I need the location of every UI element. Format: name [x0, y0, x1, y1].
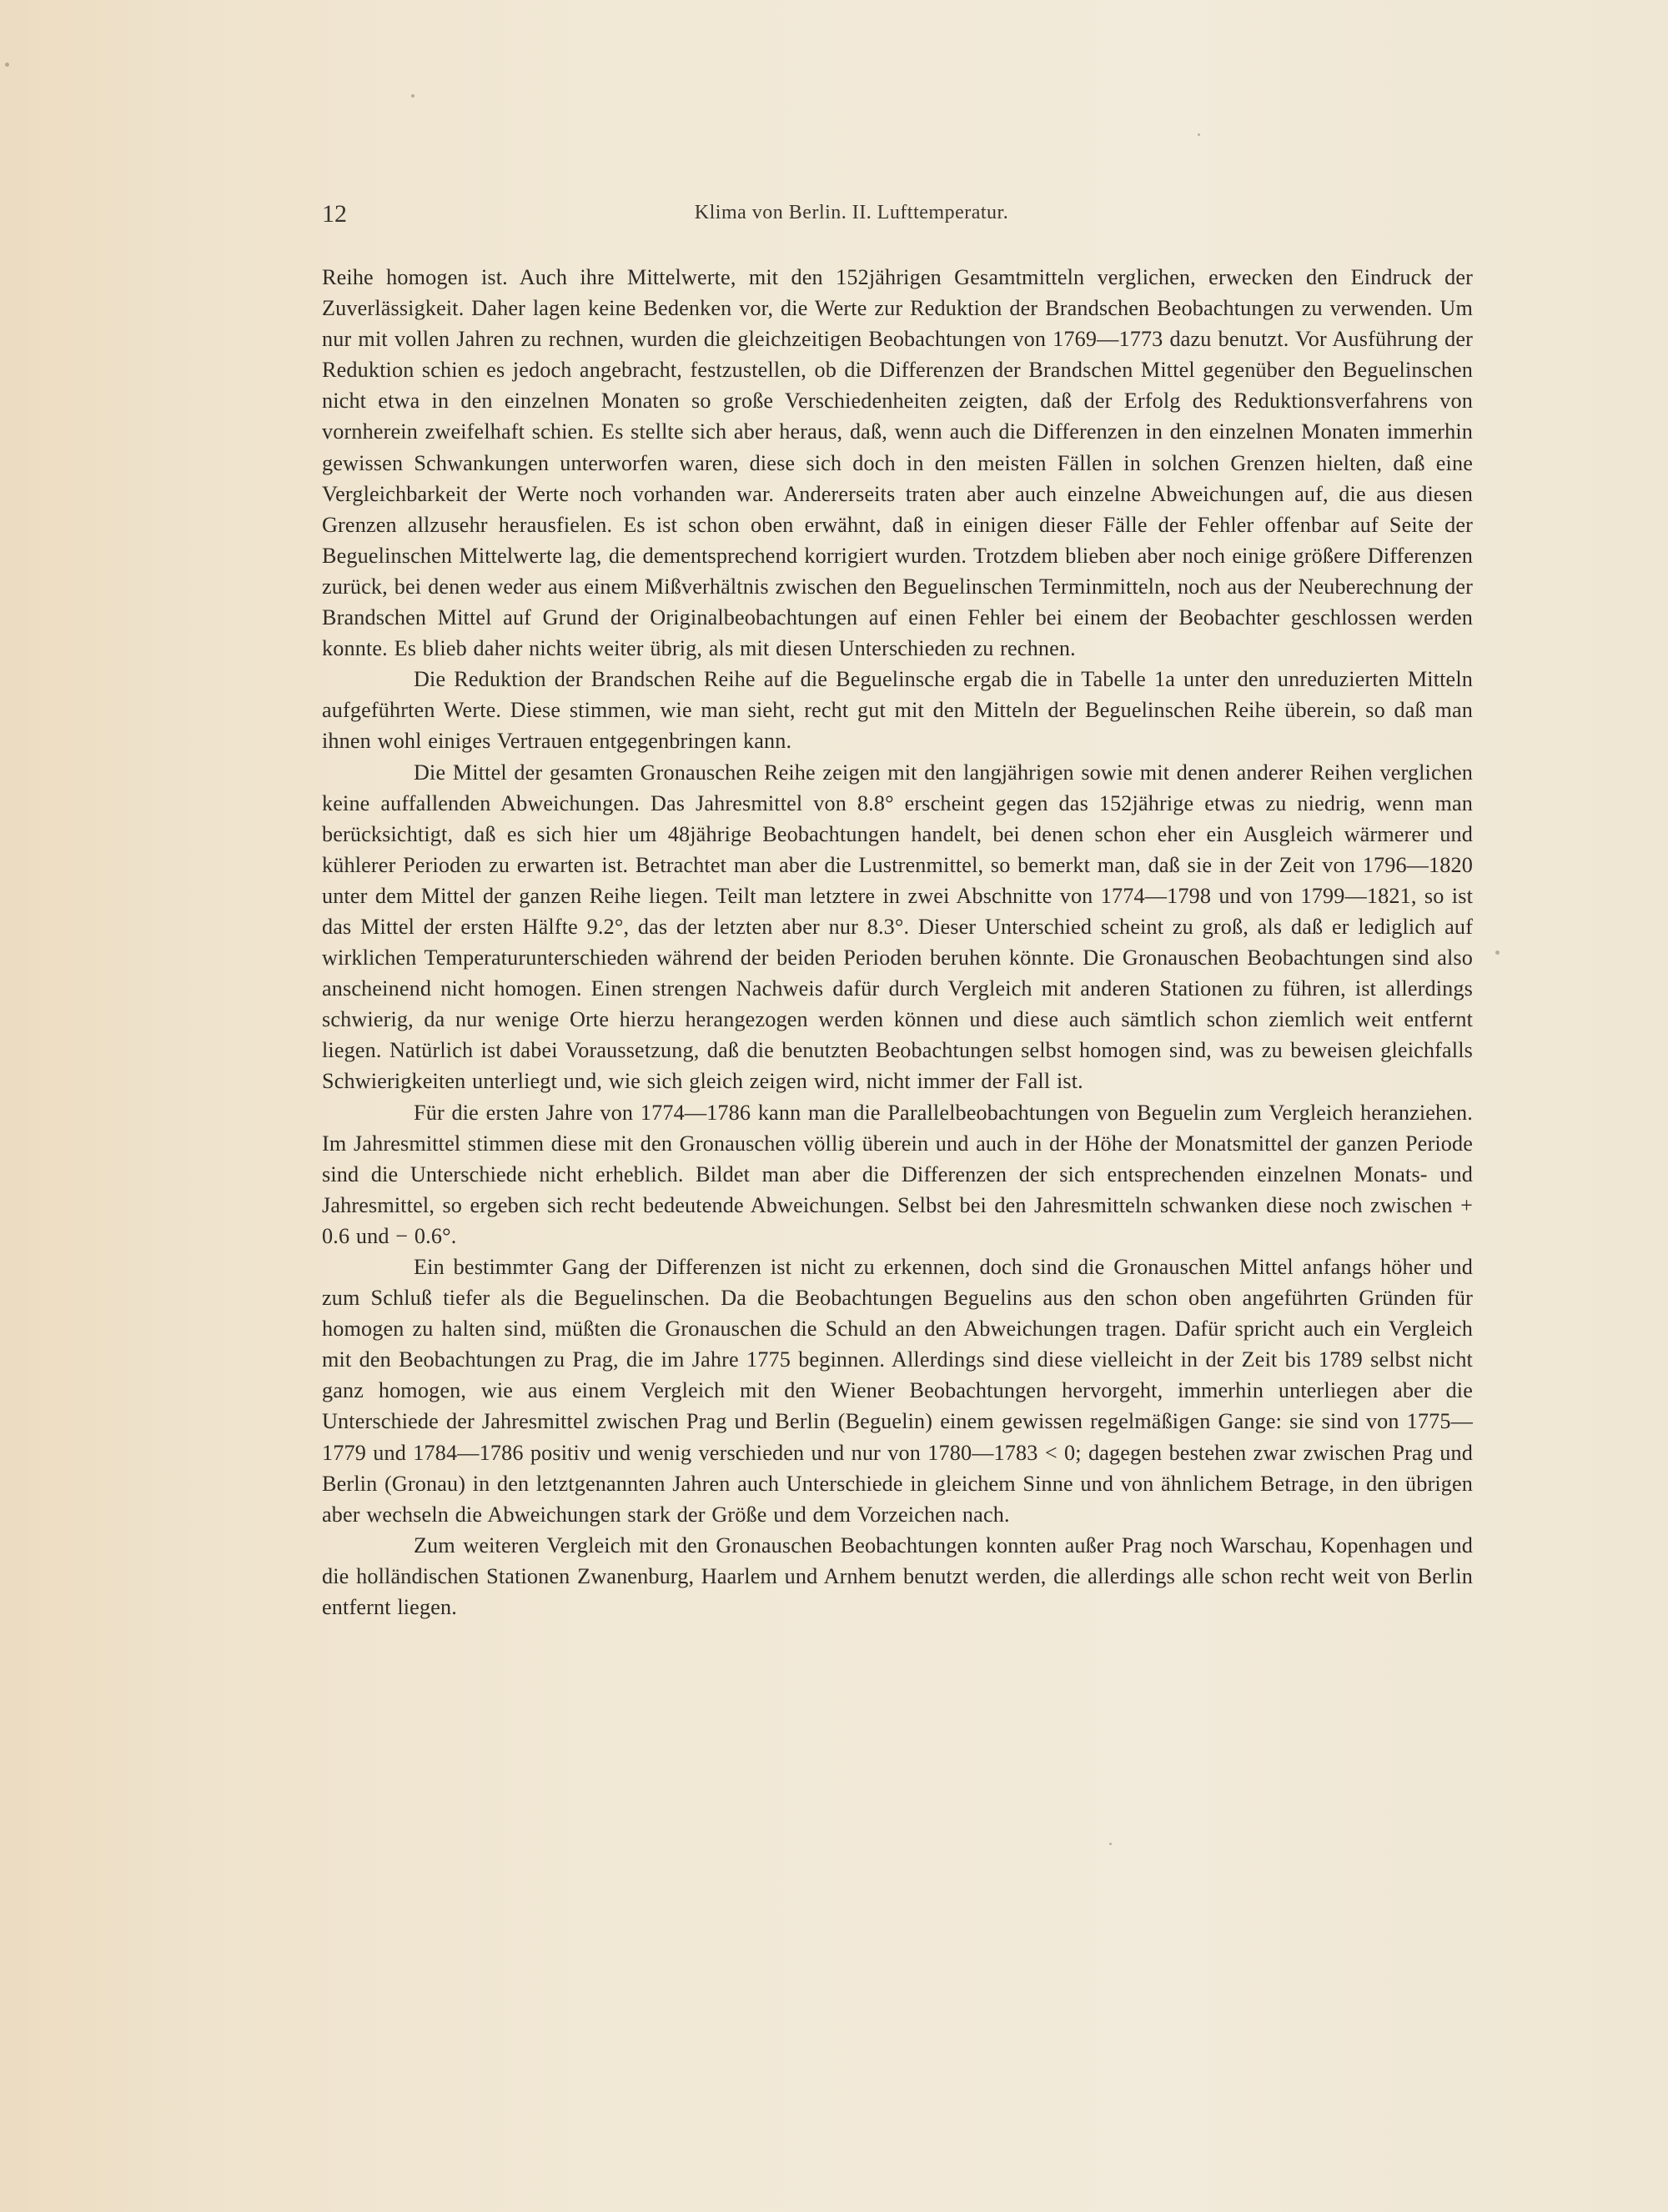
paragraph-brand-reduction: Die Reduktion der Brandschen Reihe auf d…: [322, 664, 1473, 756]
running-title: Klima von Berlin. II. Lufttemperatur.: [322, 202, 1381, 224]
paper-speck: [1495, 951, 1500, 955]
paper-speck: [411, 94, 414, 98]
body-text: Reihe homogen ist. Auch ihre Mittelwerte…: [322, 262, 1473, 1623]
paragraph-further-comparison: Zum weiteren Vergleich mit den Gronausch…: [322, 1530, 1473, 1623]
paragraph-continued: Reihe homogen ist. Auch ihre Mittelwerte…: [322, 262, 1473, 664]
paper-speck: [5, 63, 9, 67]
paragraph-differences-prague: Ein bestimmter Gang der Differenzen ist …: [322, 1251, 1473, 1530]
paper-speck: [1198, 133, 1200, 136]
paragraph-beguelin-comparison: Für die ersten Jahre von 1774—1786 kann …: [322, 1097, 1473, 1251]
running-head: 12 Klima von Berlin. II. Lufttemperatur.: [322, 200, 1473, 230]
paper-speck: [1109, 1843, 1112, 1845]
paragraph-gronau-means: Die Mittel der gesamten Gronauschen Reih…: [322, 757, 1473, 1097]
